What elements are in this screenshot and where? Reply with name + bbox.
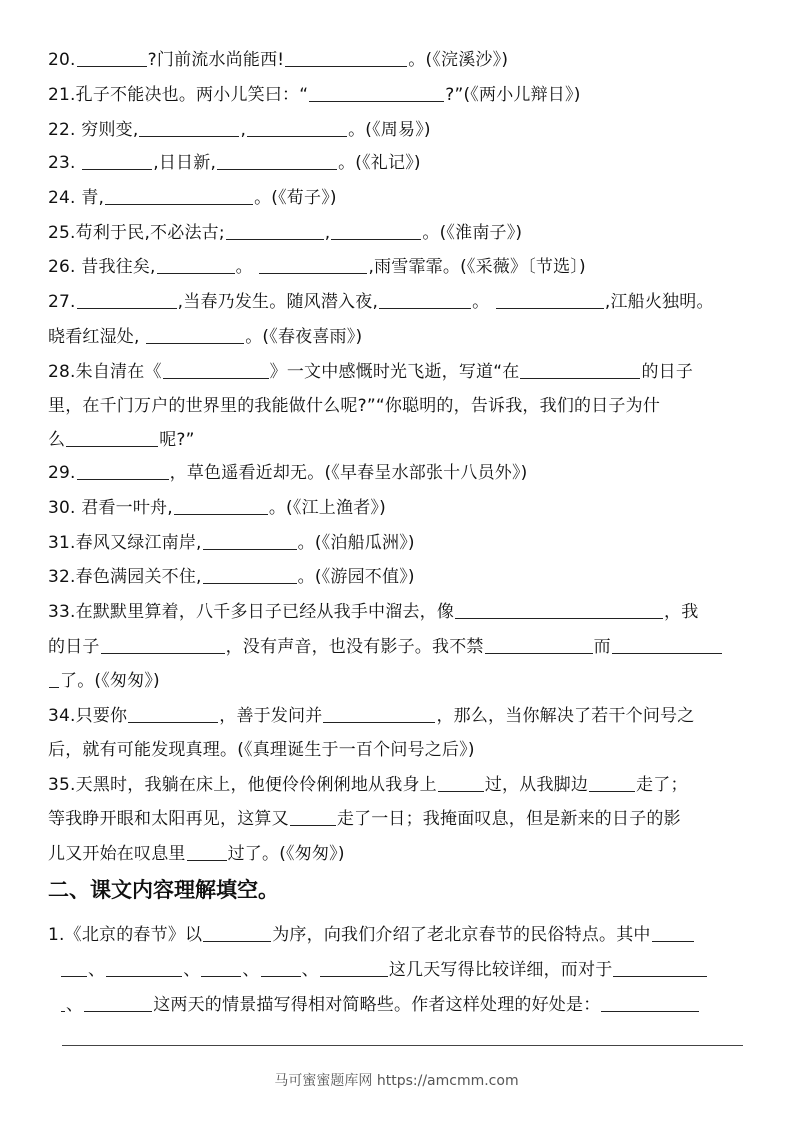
answer-blank[interactable] <box>613 954 707 977</box>
question-number: 34. <box>48 706 76 726</box>
question-text: 儿又开始在叹息里 <box>48 844 186 864</box>
answer-blank[interactable] <box>174 492 268 515</box>
answer-blank[interactable] <box>601 989 699 1012</box>
question-27-cont: 晓看红湿处, 。(《春夜喜雨》) <box>48 320 745 354</box>
question-number: 22. <box>48 120 76 140</box>
question-33-cont: 的日子，没有声音，也没有影子。我不禁而 <box>48 630 745 664</box>
question-number: 32. <box>48 567 76 587</box>
answer-blank[interactable] <box>146 321 244 344</box>
question-text: 走了一日；我掩面叹息，但是新来的日子的影 <box>337 809 681 829</box>
question-26: 26. 昔我往矣,。 ,雨雪霏霏。(《采薇》〔节选〕) <box>48 250 745 284</box>
answer-blank[interactable] <box>520 356 640 379</box>
answer-blank[interactable] <box>379 286 471 309</box>
question-number: 26. <box>48 257 76 277</box>
punctuation: 、 <box>183 960 200 980</box>
question-28-cont2: 么呢?” <box>48 423 745 457</box>
question-text: 天黑时，我躺在床上，他便伶伶俐俐地从我身上 <box>76 775 437 795</box>
question-number: 28. <box>48 362 76 382</box>
answer-blank-cont[interactable] <box>49 665 59 688</box>
question-text: 春风又绿江南岸, <box>76 533 202 553</box>
section2-question-1-cont2: 、这两天的情景描写得相对简略些。作者这样处理的好处是： <box>60 988 745 1022</box>
question-text: 呢?” <box>159 430 194 450</box>
question-35-cont: 等我睁开眼和太阳再见，这算又走了一日；我掩面叹息，但是新来的日子的影 <box>48 802 745 836</box>
answer-blank[interactable] <box>496 286 604 309</box>
source-citation: 了。(《匆匆》) <box>60 671 160 691</box>
question-23: 23. ,日日新,。(《礼记》) <box>48 146 745 180</box>
question-33-cont2: 了。(《匆匆》) <box>48 664 745 698</box>
question-text: 春色满园关不住, <box>76 567 202 587</box>
answer-blank[interactable] <box>163 356 269 379</box>
answer-blank[interactable] <box>309 79 444 102</box>
answer-blank[interactable] <box>203 527 297 550</box>
answer-blank[interactable] <box>82 147 152 170</box>
answer-blank[interactable] <box>77 457 169 480</box>
answer-blank[interactable] <box>105 182 253 205</box>
answer-blank[interactable] <box>187 838 227 861</box>
answer-blank[interactable] <box>652 919 694 942</box>
answer-blank[interactable] <box>203 561 297 584</box>
answer-blank[interactable] <box>285 44 407 67</box>
question-text: 这几天写得比较详细，而对于 <box>389 960 613 980</box>
question-text: 过，从我脚边 <box>485 775 588 795</box>
source-citation: 。(《荀子》) <box>254 188 337 208</box>
question-number: 24. <box>48 188 76 208</box>
section-heading: 二、课文内容理解填空。 <box>48 872 279 908</box>
question-text: 青, <box>81 188 104 208</box>
question-30: 30. 君看一叶舟,。(《江上渔者》) <box>48 491 745 525</box>
question-32: 32.春色满园关不住,。(《游园不值》) <box>48 560 745 594</box>
question-number: 20. <box>48 50 76 70</box>
question-29: 29.，草色遥看近却无。(《早春呈水部张十八员外》) <box>48 456 745 490</box>
question-number: 31. <box>48 533 76 553</box>
question-text: ,当春乃发生。随风潜入夜, <box>178 292 378 312</box>
question-number: 1. <box>48 925 65 945</box>
question-33: 33.在默默里算着，八千多日子已经从我手中溜去，像，我 <box>48 595 745 629</box>
question-number: 25. <box>48 223 76 243</box>
answer-blank[interactable] <box>438 769 484 792</box>
answer-blank[interactable] <box>66 424 158 447</box>
answer-blank[interactable] <box>485 631 593 654</box>
question-text: ?门前流水尚能西! <box>148 50 285 70</box>
answer-blank[interactable] <box>157 251 235 274</box>
question-21: 21.孔子不能决也。两小儿笑曰：“?”(《两小儿辩日》) <box>48 78 745 112</box>
question-number: 35. <box>48 775 76 795</box>
question-text: 《北京的春节》以 <box>65 925 203 945</box>
answer-blank[interactable] <box>139 114 239 137</box>
question-text: 为序，向我们介绍了老北京春节的民俗特点。其中 <box>272 925 650 945</box>
answer-blank[interactable] <box>247 114 347 137</box>
question-number: 30. <box>48 498 76 518</box>
question-text: 里，在千门万户的世界里的我能做什么呢?”“你聪明的，告诉我，我们的日子为什 <box>48 396 660 416</box>
question-24: 24. 青,。(《荀子》) <box>48 181 745 215</box>
question-text: 》一文中感慨时光飞逝，写道“在 <box>270 362 520 382</box>
answer-blank[interactable] <box>331 217 421 240</box>
source-citation: ,雨雪霏霏。(《采薇》〔节选〕) <box>368 257 585 277</box>
question-number: 21. <box>48 85 76 105</box>
question-text: 孔子不能决也。两小儿笑曰：“ <box>76 85 309 105</box>
question-text: 的日子 <box>641 362 693 382</box>
question-34: 34.只要你，善于发问并，那么，当你解决了若干个问号之 <box>48 699 745 733</box>
question-text: 苟利于民,不必法古; <box>76 223 225 243</box>
answer-blank[interactable] <box>226 217 324 240</box>
question-31: 31.春风又绿江南岸,。(《泊船瓜洲》) <box>48 526 745 560</box>
answer-blank[interactable] <box>612 631 722 654</box>
answer-blank[interactable] <box>77 286 177 309</box>
question-text: 穷则变, <box>81 120 138 140</box>
question-text: 走了； <box>636 775 688 795</box>
question-22: 22. 穷则变,,。(《周易》) <box>48 113 745 147</box>
source-citation: 。(《周易》) <box>348 120 431 140</box>
question-text: ，草色遥看近却无。(《早春呈水部张十八员外》) <box>170 463 528 483</box>
punctuation: , <box>240 120 246 140</box>
question-28: 28.朱自清在《》一文中感慨时光飞逝，写道“在的日子 <box>48 355 745 389</box>
answer-blank[interactable] <box>261 954 301 977</box>
answer-blank[interactable] <box>201 954 241 977</box>
punctuation: 。 <box>236 257 253 277</box>
punctuation: 。 <box>472 292 489 312</box>
question-number: 27. <box>48 292 76 312</box>
question-25: 25.苟利于民,不必法古;,。(《淮南子》) <box>48 216 745 250</box>
answer-blank[interactable] <box>61 954 87 977</box>
punctuation: , <box>325 223 331 243</box>
source-citation: 。(《浣溪沙》) <box>408 50 508 70</box>
question-text: ，善于发问并 <box>219 706 322 726</box>
question-20: 20.?门前流水尚能西!。(《浣溪沙》) <box>48 43 745 77</box>
question-text: 么 <box>48 430 65 450</box>
answer-blank-cont[interactable] <box>61 989 65 1012</box>
question-text: ,日日新, <box>153 153 216 173</box>
punctuation: 、 <box>88 960 105 980</box>
answer-blank[interactable] <box>84 989 152 1012</box>
question-text: 君看一叶舟, <box>81 498 173 518</box>
answer-blank[interactable] <box>203 919 271 942</box>
question-text: 后，就有可能发现真理。(《真理诞生于一百个问号之后》) <box>48 740 475 760</box>
question-text: 等我睁开眼和太阳再见，这算又 <box>48 809 289 829</box>
question-number: 33. <box>48 602 76 622</box>
question-text: ，我 <box>664 602 698 622</box>
answer-line[interactable] <box>62 1045 743 1046</box>
answer-blank[interactable] <box>101 631 225 654</box>
footer-watermark: 马可蜜蜜题库网 https://amcmm.com <box>0 1070 793 1090</box>
question-text: 昔我往矣, <box>81 257 155 277</box>
source-citation: 。(《江上渔者》) <box>269 498 386 518</box>
question-text: 而 <box>594 637 611 657</box>
question-text: 的日子 <box>48 637 100 657</box>
answer-blank[interactable] <box>217 147 337 170</box>
source-citation: 。(《春夜喜雨》) <box>245 327 362 347</box>
answer-blank[interactable] <box>106 954 182 977</box>
punctuation: 、 <box>302 960 319 980</box>
source-citation: ?”(《两小儿辩日》) <box>445 85 580 105</box>
source-citation: 。(《泊船瓜洲》) <box>298 533 415 553</box>
section2-question-1-cont: 、、、、这几天写得比较详细，而对于 <box>60 953 745 987</box>
source-citation: 过了。(《匆匆》) <box>228 844 345 864</box>
answer-blank[interactable] <box>320 954 388 977</box>
question-34-cont: 后，就有可能发现真理。(《真理诞生于一百个问号之后》) <box>48 733 745 767</box>
answer-blank[interactable] <box>259 251 367 274</box>
worksheet-page: 20.?门前流水尚能西!。(《浣溪沙》) 21.孔子不能决也。两小儿笑曰：“?”… <box>0 0 793 1122</box>
answer-blank[interactable] <box>323 700 435 723</box>
question-text: 在默默里算着，八千多日子已经从我手中溜去，像 <box>76 602 454 622</box>
punctuation: 、 <box>66 995 83 1015</box>
question-28-cont: 里，在千门万户的世界里的我能做什么呢?”“你聪明的，告诉我，我们的日子为什 <box>48 389 745 423</box>
source-citation: 。(《游园不值》) <box>298 567 415 587</box>
question-text: 这两天的情景描写得相对简略些。作者这样处理的好处是： <box>153 995 600 1015</box>
source-citation: 。(《淮南子》) <box>422 223 522 243</box>
question-text: ，没有声音，也没有影子。我不禁 <box>226 637 484 657</box>
question-text: ，那么，当你解决了若干个问号之 <box>436 706 694 726</box>
question-number: 29. <box>48 463 76 483</box>
question-text: ,江船火独明。 <box>605 292 714 312</box>
answer-blank[interactable] <box>290 803 336 826</box>
answer-blank[interactable] <box>589 769 635 792</box>
question-35-cont2: 儿又开始在叹息里过了。(《匆匆》) <box>48 837 745 871</box>
answer-blank[interactable] <box>77 44 147 67</box>
question-text: 晓看红湿处, <box>48 327 140 347</box>
punctuation: 、 <box>242 960 259 980</box>
answer-blank[interactable] <box>455 596 663 619</box>
section2-question-1: 1.《北京的春节》以为序，向我们介绍了老北京春节的民俗特点。其中 <box>48 918 745 952</box>
question-35: 35.天黑时，我躺在床上，他便伶伶俐俐地从我身上过，从我脚边走了； <box>48 768 745 802</box>
source-citation: 。(《礼记》) <box>338 153 421 173</box>
answer-blank[interactable] <box>128 700 218 723</box>
question-text: 朱自清在《 <box>76 362 162 382</box>
question-27: 27.,当春乃发生。随风潜入夜,。 ,江船火独明。 <box>48 285 745 319</box>
question-text: 只要你 <box>76 706 128 726</box>
question-number: 23. <box>48 153 76 173</box>
